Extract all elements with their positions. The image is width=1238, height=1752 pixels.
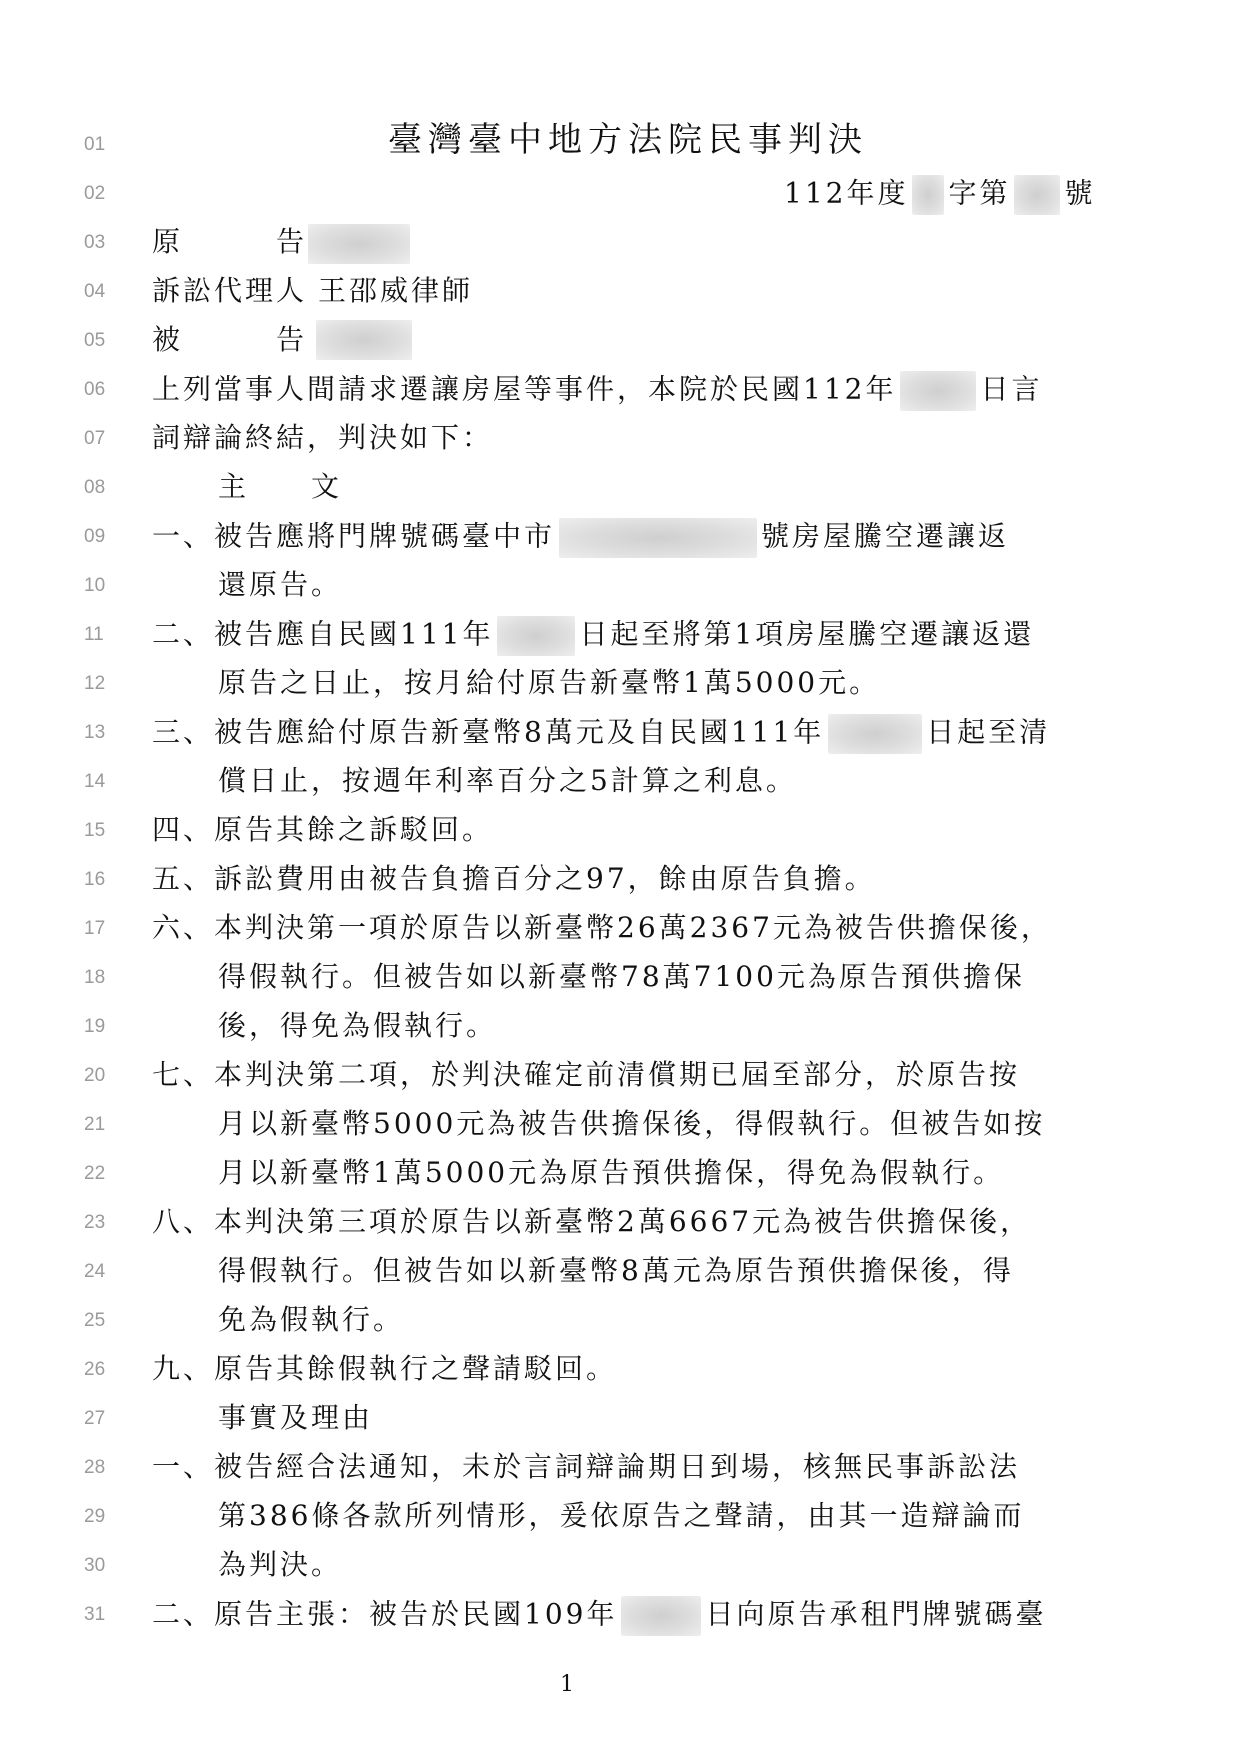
line-23: 23 八、本判決第三項於原告以新臺幣2萬6667元為被告供擔保後， (0, 1200, 1238, 1248)
line-25: 25 免為假執行。 (0, 1298, 1238, 1346)
line-number: 12 (84, 673, 124, 695)
line-number: 01 (84, 134, 124, 156)
fact-1: 一、被告經合法通知，未於言詞辯論期日到場，核無民事訴訟法 (152, 1449, 1020, 1485)
line-number: 27 (84, 1408, 124, 1430)
line-number: 19 (84, 1016, 124, 1038)
line-15: 15 四、原告其餘之訴駁回。 (0, 808, 1238, 856)
section-heading-facts: 事實及理由 (218, 1400, 373, 1436)
redacted-case-no (1014, 175, 1060, 215)
order-text: 還原告。 (218, 567, 342, 603)
line-number: 31 (84, 1604, 124, 1626)
line-26: 26 九、原告其餘假執行之聲請駁回。 (0, 1347, 1238, 1395)
line-30: 30 為判決。 (0, 1543, 1238, 1591)
line-14: 14 償日止，按週年利率百分之5計算之利息。 (0, 759, 1238, 807)
section-heading-main: 主 文 (218, 469, 342, 505)
order-text: 得假執行。但被告如以新臺幣8萬元為原告預供擔保後，得 (218, 1253, 1014, 1289)
fact-2-a: 二、原告主張：被告於民國109年 (152, 1598, 617, 1631)
order-text: 償日止，按週年利率百分之5計算之利息。 (218, 763, 797, 799)
case-suffix: 號 (1064, 177, 1095, 210)
line-09: 09 一、被告應將門牌號碼臺中市號房屋騰空遷讓返 (0, 514, 1238, 562)
line-29: 29 第386條各款所列情形，爰依原告之聲請，由其一造辯論而 (0, 1494, 1238, 1542)
order-text: 月以新臺幣5000元為被告供擔保後，得假執行。但被告如按 (218, 1106, 1045, 1142)
order-3-a: 三、被告應給付原告新臺幣8萬元及自民國111年 (152, 716, 824, 749)
line-number: 29 (84, 1506, 124, 1528)
plaintiff-label: 原 告 (152, 224, 307, 260)
line-number: 15 (84, 820, 124, 842)
redacted-plaintiff-name (308, 224, 410, 264)
case-number: 112年度字第號 (784, 175, 1095, 215)
line-number: 23 (84, 1212, 124, 1234)
line-number: 04 (84, 281, 124, 303)
line-number: 09 (84, 526, 124, 548)
line-number: 02 (84, 183, 124, 205)
line-number: 14 (84, 771, 124, 793)
line-31: 31 二、原告主張：被告於民國109年日向原告承租門牌號碼臺 (0, 1592, 1238, 1640)
line-number: 16 (84, 869, 124, 891)
fact-2-b: 日向原告承租門牌號碼臺 (705, 1598, 1046, 1631)
redacted-case-type (912, 175, 944, 215)
line-08: 08 主 文 (0, 465, 1238, 513)
line-number: 24 (84, 1261, 124, 1283)
line-19: 19 後，得免為假執行。 (0, 1004, 1238, 1052)
line-number: 06 (84, 379, 124, 401)
line-number: 07 (84, 428, 124, 450)
line-number: 08 (84, 477, 124, 499)
order-9: 九、原告其餘假執行之聲請駁回。 (152, 1351, 617, 1387)
fact-2: 二、原告主張：被告於民國109年日向原告承租門牌號碼臺 (152, 1596, 1046, 1636)
order-3-b: 日起至清 (926, 716, 1050, 749)
redacted-address (559, 518, 757, 558)
order-text: 後，得免為假執行。 (218, 1008, 497, 1044)
redacted-date (828, 714, 922, 754)
line-28: 28 一、被告經合法通知，未於言詞辯論期日到場，核無民事訴訟法 (0, 1445, 1238, 1493)
line-06: 06 上列當事人間請求遷讓房屋等事件，本院於民國112年日言 (0, 367, 1238, 415)
redacted-defendant-name (316, 320, 412, 360)
order-text: 得假執行。但被告如以新臺幣78萬7100元為原告預供擔保 (218, 959, 1025, 995)
fact-text: 為判決。 (218, 1547, 342, 1583)
line-12: 12 原告之日止，按月給付原告新臺幣1萬5000元。 (0, 661, 1238, 709)
line-05: 05 被 告 (0, 318, 1238, 366)
line-number: 03 (84, 232, 124, 254)
line-02: 02 112年度字第號 (0, 171, 1238, 219)
line-18: 18 得假執行。但被告如以新臺幣78萬7100元為原告預供擔保 (0, 955, 1238, 1003)
line-number: 25 (84, 1310, 124, 1332)
line-number: 30 (84, 1555, 124, 1577)
order-5: 五、訴訟費用由被告負擔百分之97，餘由原告負擔。 (152, 861, 876, 897)
line-number: 05 (84, 330, 124, 352)
order-8: 八、本判決第三項於原告以新臺幣2萬6667元為被告供擔保後， (152, 1204, 1031, 1240)
line-number: 21 (84, 1114, 124, 1136)
line-21: 21 月以新臺幣5000元為被告供擔保後，得假執行。但被告如按 (0, 1102, 1238, 1150)
case-mid: 字第 (948, 177, 1010, 210)
line-24: 24 得假執行。但被告如以新臺幣8萬元為原告預供擔保後，得 (0, 1249, 1238, 1297)
order-1: 一、被告應將門牌號碼臺中市號房屋騰空遷讓返 (152, 518, 1009, 558)
agent-label: 訴訟代理人 (152, 273, 307, 309)
order-text: 免為假執行。 (218, 1302, 404, 1338)
order-text: 月以新臺幣1萬5000元為原告預供擔保，得免為假執行。 (218, 1155, 1004, 1191)
line-20: 20 七、本判決第二項，於判決確定前清償期已屆至部分，於原告按 (0, 1053, 1238, 1101)
order-1-b: 號房屋騰空遷讓返 (761, 520, 1009, 553)
line-13: 13 三、被告應給付原告新臺幣8萬元及自民國111年日起至清 (0, 710, 1238, 758)
order-2-a: 二、被告應自民國111年 (152, 618, 493, 651)
fact-text: 第386條各款所列情形，爰依原告之聲請，由其一造辯論而 (218, 1498, 1024, 1534)
line-number: 10 (84, 575, 124, 597)
order-6: 六、本判決第一項於原告以新臺幣26萬2367元為被告供擔保後， (152, 910, 1052, 946)
line-03: 03 原 告 (0, 220, 1238, 268)
order-1-a: 一、被告應將門牌號碼臺中市 (152, 520, 555, 553)
line-number: 13 (84, 722, 124, 744)
line-17: 17 六、本判決第一項於原告以新臺幣26萬2367元為被告供擔保後， (0, 906, 1238, 954)
line-27: 27 事實及理由 (0, 1396, 1238, 1444)
line-10: 10 還原告。 (0, 563, 1238, 611)
line-number: 28 (84, 1457, 124, 1479)
intro-continued: 詞辯論終結，判決如下： (152, 420, 493, 456)
line-07: 07 詞辯論終結，判決如下： (0, 416, 1238, 464)
intro-text: 上列當事人間請求遷讓房屋等事件，本院於民國112年日言 (152, 371, 1042, 411)
order-2-b: 日起至將第1項房屋騰空遷讓返還 (579, 618, 1034, 651)
redacted-date (900, 371, 976, 411)
order-text: 原告之日止，按月給付原告新臺幣1萬5000元。 (218, 665, 880, 701)
redacted-date (621, 1596, 701, 1636)
line-16: 16 五、訴訟費用由被告負擔百分之97，餘由原告負擔。 (0, 857, 1238, 905)
intro-part-b: 日言 (980, 373, 1042, 406)
line-number: 18 (84, 967, 124, 989)
order-2: 二、被告應自民國111年日起至將第1項房屋騰空遷讓返還 (152, 616, 1034, 656)
line-11: 11 二、被告應自民國111年日起至將第1項房屋騰空遷讓返還 (0, 612, 1238, 660)
line-22: 22 月以新臺幣1萬5000元為原告預供擔保，得免為假執行。 (0, 1151, 1238, 1199)
line-number: 17 (84, 918, 124, 940)
order-3: 三、被告應給付原告新臺幣8萬元及自民國111年日起至清 (152, 714, 1050, 754)
page-number: 1 (560, 1672, 574, 1697)
line-number: 26 (84, 1359, 124, 1381)
line-01: 01 臺灣臺中地方法院民事判決 (0, 122, 1238, 170)
order-4: 四、原告其餘之訴駁回。 (152, 812, 493, 848)
defendant-label: 被 告 (152, 322, 307, 358)
line-04: 04 訴訟代理人 王邵威律師 (0, 269, 1238, 317)
intro-part-a: 上列當事人間請求遷讓房屋等事件，本院於民國112年 (152, 373, 896, 406)
agent-name: 王邵威律師 (318, 273, 473, 309)
order-7: 七、本判決第二項，於判決確定前清償期已屆至部分，於原告按 (152, 1057, 1020, 1093)
line-number: 20 (84, 1065, 124, 1087)
document-page: 01 臺灣臺中地方法院民事判決 02 112年度字第號 03 原 告 04 訴訟… (0, 0, 1238, 1752)
line-number: 22 (84, 1163, 124, 1185)
line-number: 11 (84, 624, 124, 646)
document-title: 臺灣臺中地方法院民事判決 (388, 122, 868, 158)
case-year: 112年度 (784, 177, 908, 210)
redacted-date (497, 616, 575, 656)
